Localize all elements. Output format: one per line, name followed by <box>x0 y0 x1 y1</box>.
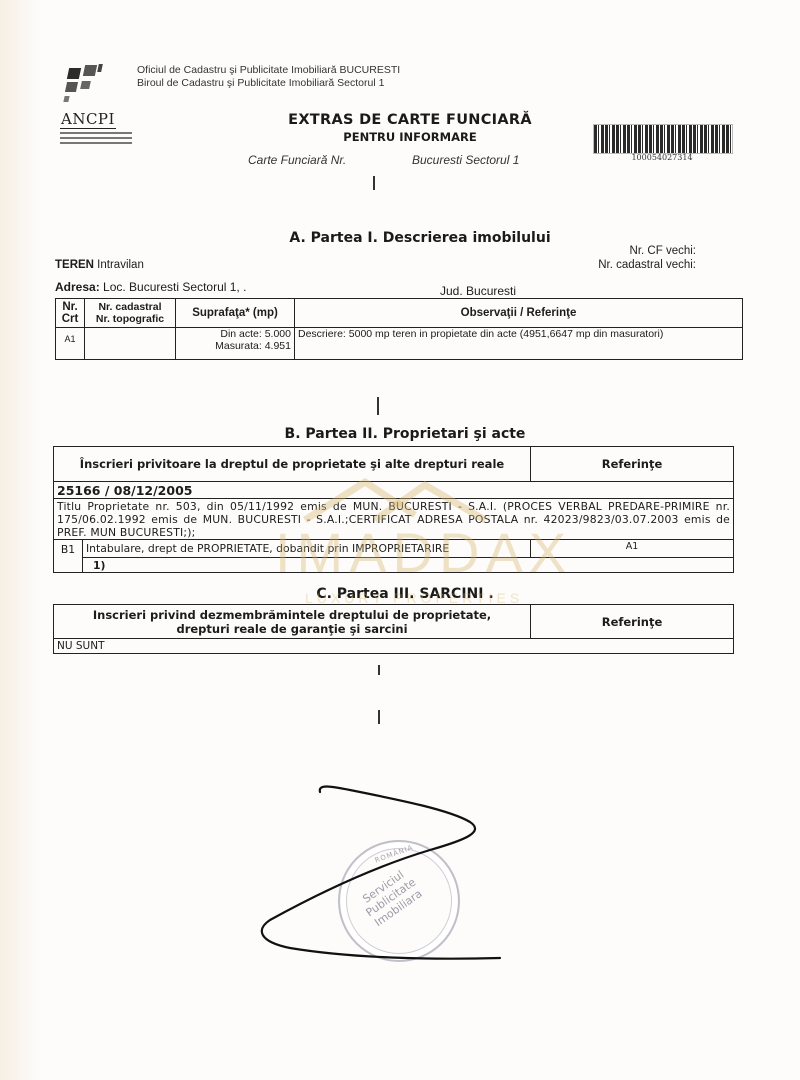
binding-mark <box>378 665 380 675</box>
encumbrances-value: NU SUNT <box>54 639 734 654</box>
cell-nr-crt: A1 <box>56 328 85 360</box>
col-suprafata: Suprafaţa* (mp) <box>176 299 295 328</box>
table-row: B1 Intabulare, drept de PROPRIETATE, dob… <box>54 540 734 558</box>
property-address: Adresa: Loc. Bucuresti Sectorul 1, . <box>55 280 246 294</box>
cell-cadastral <box>85 328 176 360</box>
barcode-number: 100054027314 <box>593 153 731 162</box>
document-subtitle: PENTRU INFORMARE <box>240 130 580 144</box>
barcode <box>593 124 733 154</box>
page-edge-shadow <box>0 0 40 1080</box>
b1-ref: A1 <box>531 540 734 558</box>
b1-sub: 1) <box>83 558 734 573</box>
carte-funciara-number-label: Carte Funciară Nr. <box>248 153 346 167</box>
act-row: Titlu Proprietate nr. 503, din 05/11/199… <box>54 499 734 540</box>
part-a-heading: A. Partea I. Descrierea imobilului <box>240 230 600 246</box>
b1-label: B1 <box>54 540 83 573</box>
col-referinte: Referinţe <box>531 605 734 639</box>
table-header-row: Nr.Crt Nr. cadastralNr. topografic Supra… <box>56 299 743 328</box>
table-row: NU SUNT <box>54 639 734 654</box>
signature <box>250 780 510 970</box>
property-type: TEREN Intravilan <box>55 259 144 271</box>
office-line-1: Oficiul de Cadastru şi Publicitate Imobi… <box>137 64 400 77</box>
office-name: Oficiul de Cadastru şi Publicitate Imobi… <box>137 64 400 90</box>
entry-id-row: 25166 / 08/12/2005 <box>54 482 734 499</box>
carte-funciara-location: Bucuresti Sectorul 1 <box>412 153 519 167</box>
part-c-heading: C. Partea III. SARCINI . <box>240 586 570 602</box>
table-header-row: Inscrieri privind dezmembrămintele drept… <box>54 605 734 639</box>
col-nr-cadastral: Nr. cadastralNr. topografic <box>85 299 176 328</box>
owners-table: Înscrieri privitoare la dreptul de propr… <box>53 446 734 573</box>
cell-suprafata: Din acte: 5.000Masurata: 4.951 <box>176 328 295 360</box>
col-inscrieri: Inscrieri privind dezmembrămintele drept… <box>54 605 531 639</box>
col-nr-crt: Nr.Crt <box>56 299 85 328</box>
property-description-table: Nr.Crt Nr. cadastralNr. topografic Supra… <box>55 298 743 360</box>
nr-cadastral-vechi: Nr. cadastral vechi: <box>540 259 696 271</box>
ancpi-logo: ANCPI <box>60 62 140 148</box>
binding-mark <box>377 397 379 415</box>
nr-cf-vechi: Nr. CF vechi: <box>560 245 696 257</box>
judet: Jud. Bucuresti <box>440 284 516 298</box>
table-row: 1) <box>54 558 734 573</box>
encumbrances-table: Inscrieri privind dezmembrămintele drept… <box>53 604 734 654</box>
table-row: A1 Din acte: 5.000Masurata: 4.951 Descri… <box>56 328 743 360</box>
col-observatii: Observaţii / Referinţe <box>295 299 743 328</box>
logo-text: ANCPI <box>60 110 116 129</box>
document-title: EXTRAS DE CARTE FUNCIARĂ <box>240 112 580 128</box>
act-description: Titlu Proprietate nr. 503, din 05/11/199… <box>54 499 734 540</box>
cell-observatii: Descriere: 5000 mp teren in propietate d… <box>295 328 743 360</box>
col-inscrieri: Înscrieri privitoare la dreptul de propr… <box>54 447 531 482</box>
col-referinte: Referinţe <box>531 447 734 482</box>
entry-id: 25166 / 08/12/2005 <box>54 482 734 499</box>
part-b-heading: B. Partea II. Proprietari şi acte <box>240 426 570 442</box>
b1-text: Intabulare, drept de PROPRIETATE, doband… <box>83 540 531 558</box>
table-header-row: Înscrieri privitoare la dreptul de propr… <box>54 447 734 482</box>
binding-mark <box>373 176 375 190</box>
office-line-2: Biroul de Cadastru şi Publicitate Imobil… <box>137 77 400 90</box>
binding-mark <box>378 710 380 724</box>
